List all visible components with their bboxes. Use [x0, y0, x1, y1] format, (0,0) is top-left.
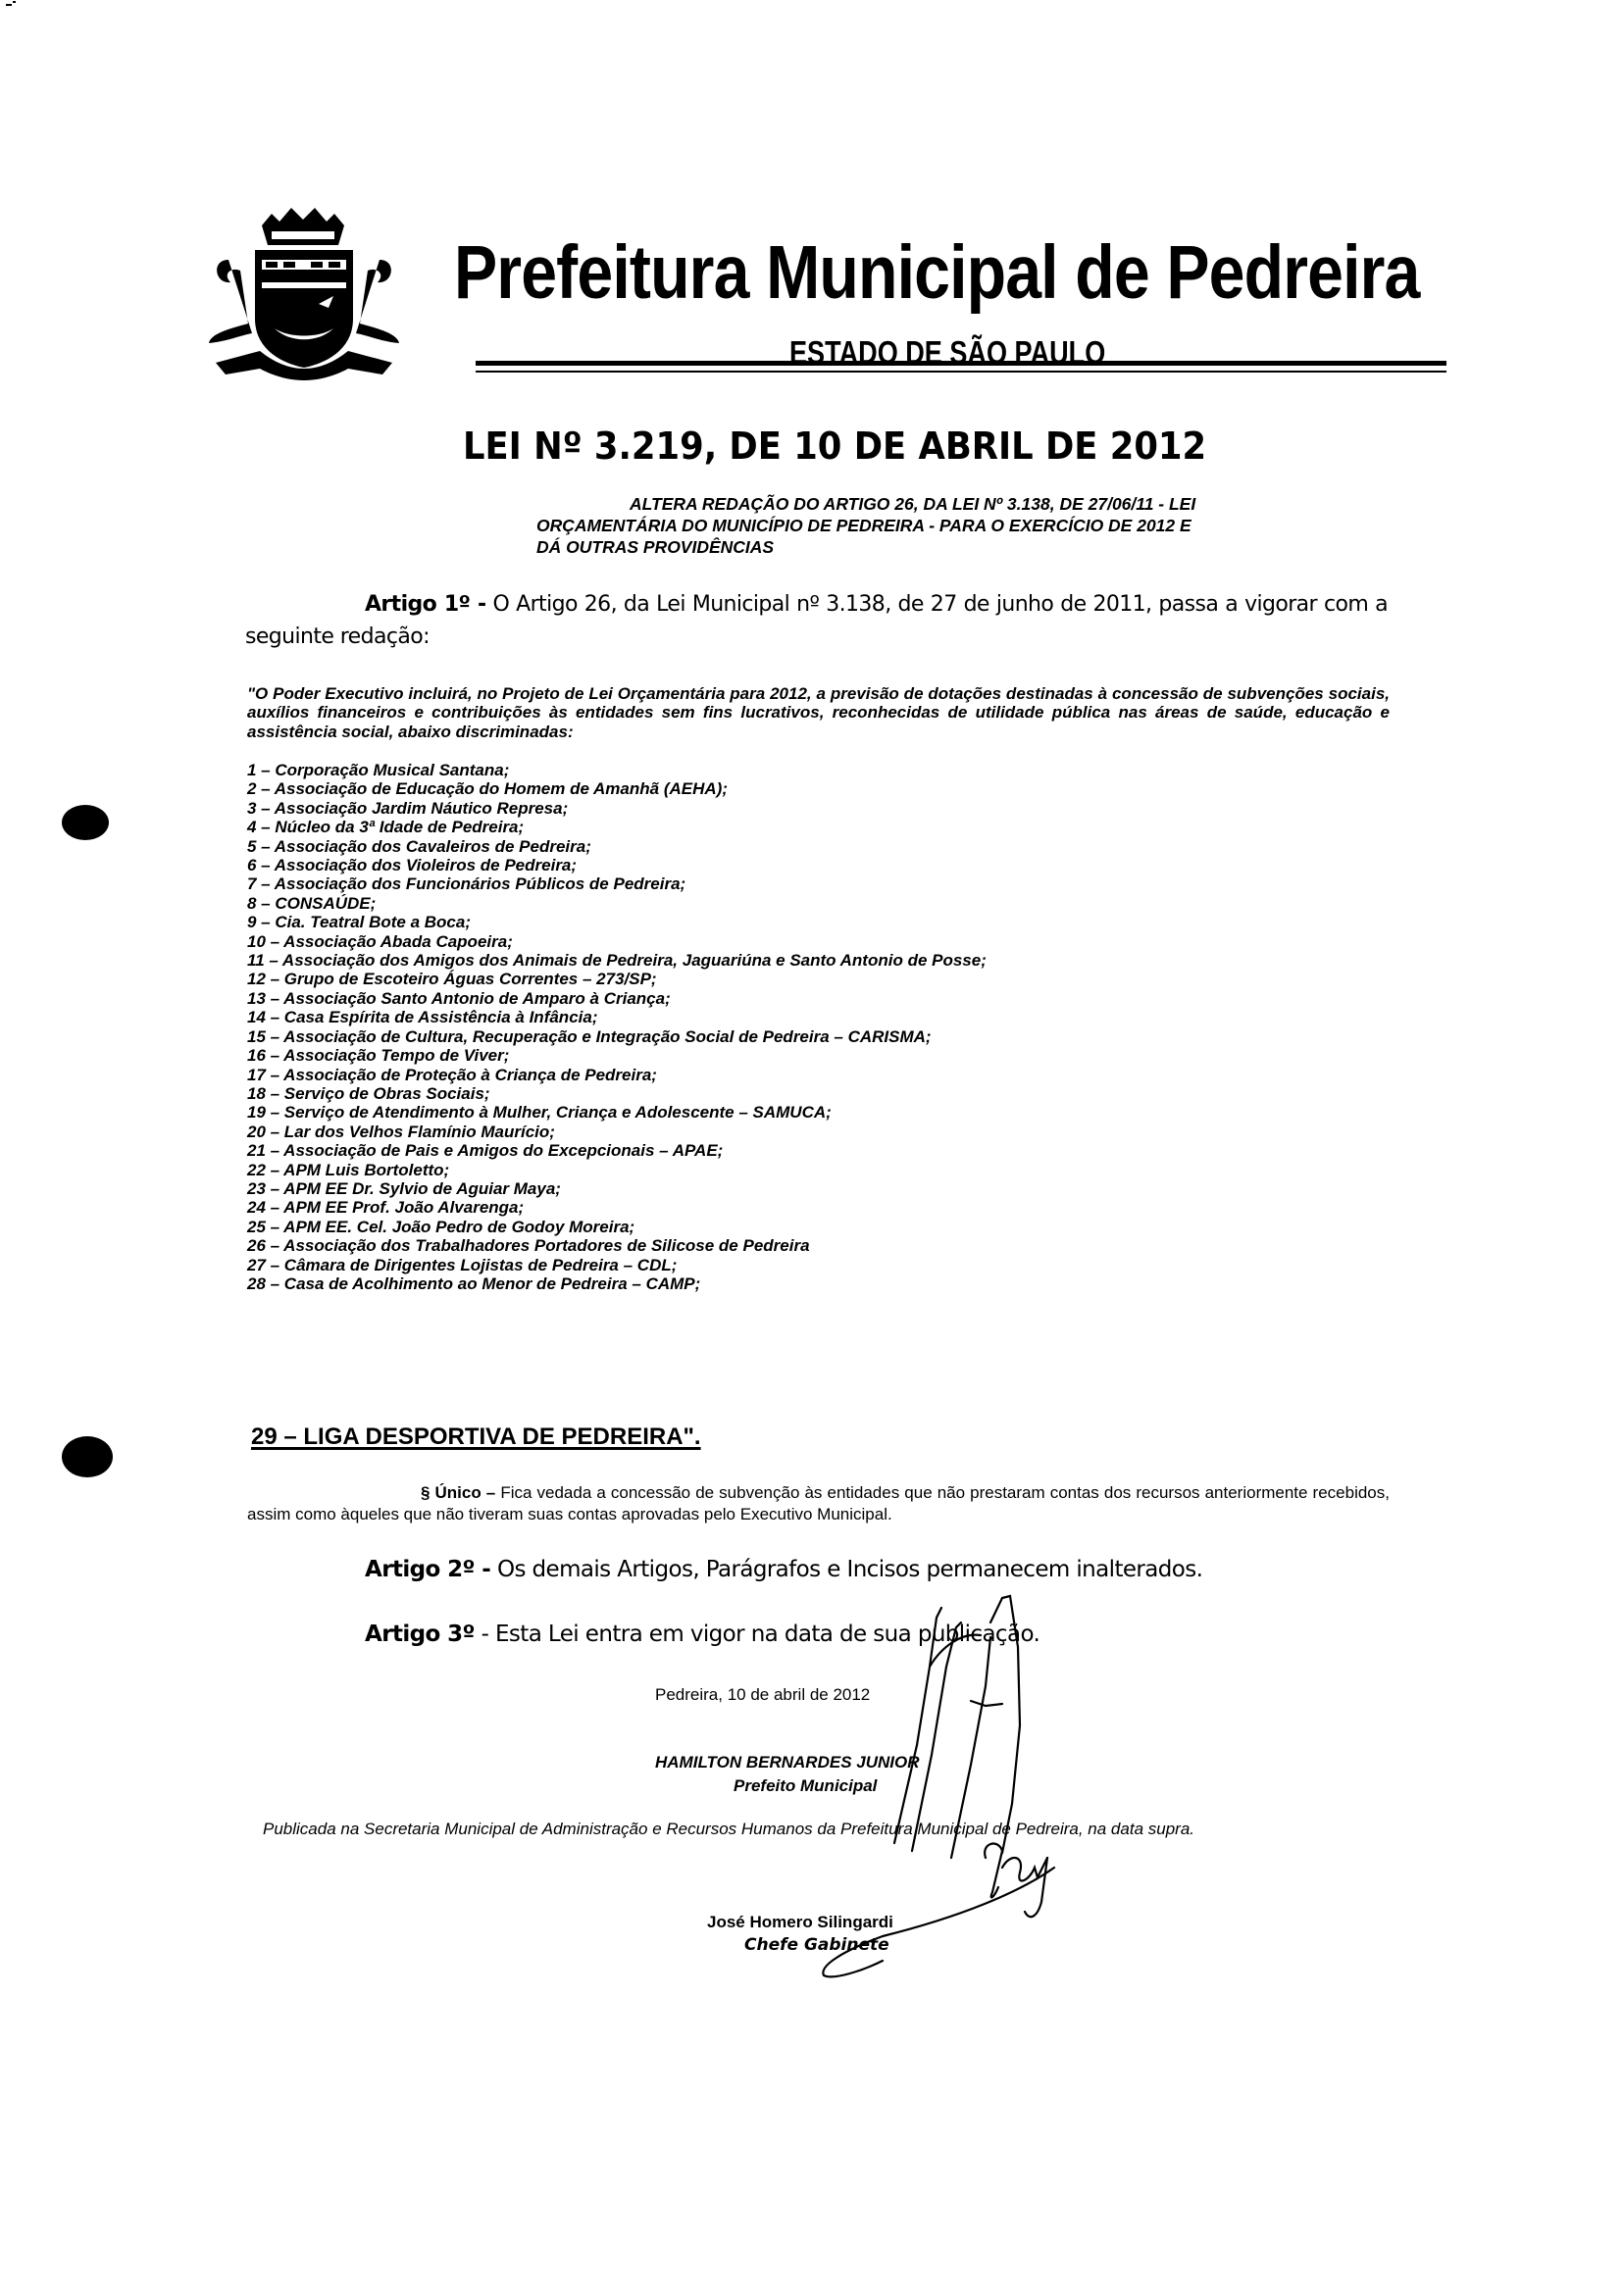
list-item-highlighted: 29 – LIGA DESPORTIVA DE PEDREIRA". — [251, 1425, 701, 1449]
list-item: 5 – Associação dos Cavaleiros de Pedreir… — [247, 837, 987, 856]
list-item: 15 – Associação de Cultura, Recuperação … — [247, 1027, 987, 1046]
list-item: 28 – Casa de Acolhimento ao Menor de Ped… — [247, 1274, 987, 1293]
mayor-name: HAMILTON BERNARDES JUNIOR — [655, 1754, 920, 1771]
law-summary-line: DÁ OUTRAS PROVIDÊNCIAS — [536, 536, 1390, 558]
article-3: Artigo 3º - Esta Lei entra em vigor na d… — [365, 1623, 1039, 1646]
list-item: 18 – Serviço de Obras Sociais; — [247, 1084, 987, 1103]
chief-signature-icon — [823, 1844, 1054, 1977]
article-1: Artigo 1º - O Artigo 26, da Lei Municipa… — [245, 588, 1388, 653]
article-3-text: - Esta Lei entra em vigor na data de sua… — [475, 1622, 1039, 1647]
list-item: 21 – Associação de Pais e Amigos do Exce… — [247, 1141, 987, 1160]
list-item: 11 – Associação dos Amigos dos Animais d… — [247, 951, 987, 970]
article-2-label: Artigo 2º - — [365, 1557, 490, 1582]
header-rule — [476, 361, 1446, 366]
list-item: 22 – APM Luis Bortoletto; — [247, 1161, 987, 1179]
law-title: LEI Nº 3.219, DE 10 DE ABRIL DE 2012 — [463, 427, 1206, 465]
municipal-coat-of-arms-icon — [201, 206, 407, 382]
signing-date: Pedreira, 10 de abril de 2012 — [655, 1686, 870, 1703]
list-item: 17 – Associação de Proteção à Criança de… — [247, 1066, 987, 1084]
entity-list: 1 – Corporação Musical Santana; 2 – Asso… — [247, 761, 987, 1293]
list-item: 10 – Associação Abada Capoeira; — [247, 932, 987, 951]
list-item: 26 – Associação dos Trabalhadores Portad… — [247, 1236, 987, 1255]
list-item: 9 – Cia. Teatral Bote a Boca; — [247, 913, 987, 931]
article-3-label: Artigo 3º — [365, 1622, 475, 1647]
list-item: 20 – Lar dos Velhos Flamínio Maurício; — [247, 1123, 987, 1141]
article-2-text: Os demais Artigos, Parágrafos e Incisos … — [490, 1557, 1202, 1582]
punch-hole — [62, 1436, 113, 1477]
chief-of-staff-name: José Homero Silingardi — [707, 1914, 893, 1930]
list-item: 24 – APM EE Prof. João Alvarenga; — [247, 1198, 987, 1217]
list-item: 3 – Associação Jardim Náutico Represa; — [247, 799, 987, 818]
list-item: 23 – APM EE Dr. Sylvio de Aguiar Maya; — [247, 1179, 987, 1198]
list-item: 13 – Associação Santo Antonio de Amparo … — [247, 989, 987, 1008]
punch-hole — [62, 805, 109, 840]
header-rule-thin — [476, 371, 1446, 373]
article-1-label: Artigo 1º - — [365, 592, 486, 617]
publication-note: Publicada na Secretaria Municipal de Adm… — [263, 1819, 1391, 1840]
list-item: 19 – Serviço de Atendimento à Mulher, Cr… — [247, 1103, 987, 1122]
sole-paragraph-text: Fica vedada a concessão de subvenção às … — [247, 1483, 1390, 1523]
scan-speck — [13, 1, 16, 3]
law-summary-line: ORÇAMENTÁRIA DO MUNICÍPIO DE PEDREIRA - … — [536, 515, 1390, 536]
scan-speck — [6, 4, 12, 6]
list-item: 12 – Grupo de Escoteiro Águas Correntes … — [247, 970, 987, 988]
mayor-role: Prefeito Municipal — [734, 1777, 877, 1794]
list-item: 16 – Associação Tempo de Viver; — [247, 1046, 987, 1065]
article-2: Artigo 2º - Os demais Artigos, Parágrafo… — [365, 1559, 1202, 1581]
chief-of-staff-role: Chefe Gabinete — [744, 1937, 889, 1954]
list-item: 8 – CONSAÚDE; — [247, 894, 987, 913]
list-item: 1 – Corporação Musical Santana; — [247, 761, 987, 779]
list-item: 4 – Núcleo da 3ª Idade de Pedreira; — [247, 818, 987, 836]
sole-paragraph-label: § Único – — [421, 1483, 495, 1502]
list-item: 2 – Associação de Educação do Homem de A… — [247, 779, 987, 798]
list-item: 7 – Associação dos Funcionários Públicos… — [247, 874, 987, 893]
list-item: 6 – Associação dos Violeiros de Pedreira… — [247, 856, 987, 874]
law-summary-line: ALTERA REDAÇÃO DO ARTIGO 26, DA LEI Nº 3… — [536, 493, 1390, 515]
quoted-intro: "O Poder Executivo incluirá, no Projeto … — [247, 684, 1390, 741]
organization-title: Prefeitura Municipal de Pedreira — [454, 235, 1420, 311]
list-item: 27 – Câmara de Dirigentes Lojistas de Pe… — [247, 1256, 987, 1274]
list-item: 14 – Casa Espírita de Assistência à Infâ… — [247, 1008, 987, 1026]
law-summary: ALTERA REDAÇÃO DO ARTIGO 26, DA LEI Nº 3… — [536, 493, 1390, 558]
list-item: 25 – APM EE. Cel. João Pedro de Godoy Mo… — [247, 1218, 987, 1236]
sole-paragraph: § Único – Fica vedada a concessão de sub… — [247, 1482, 1390, 1525]
